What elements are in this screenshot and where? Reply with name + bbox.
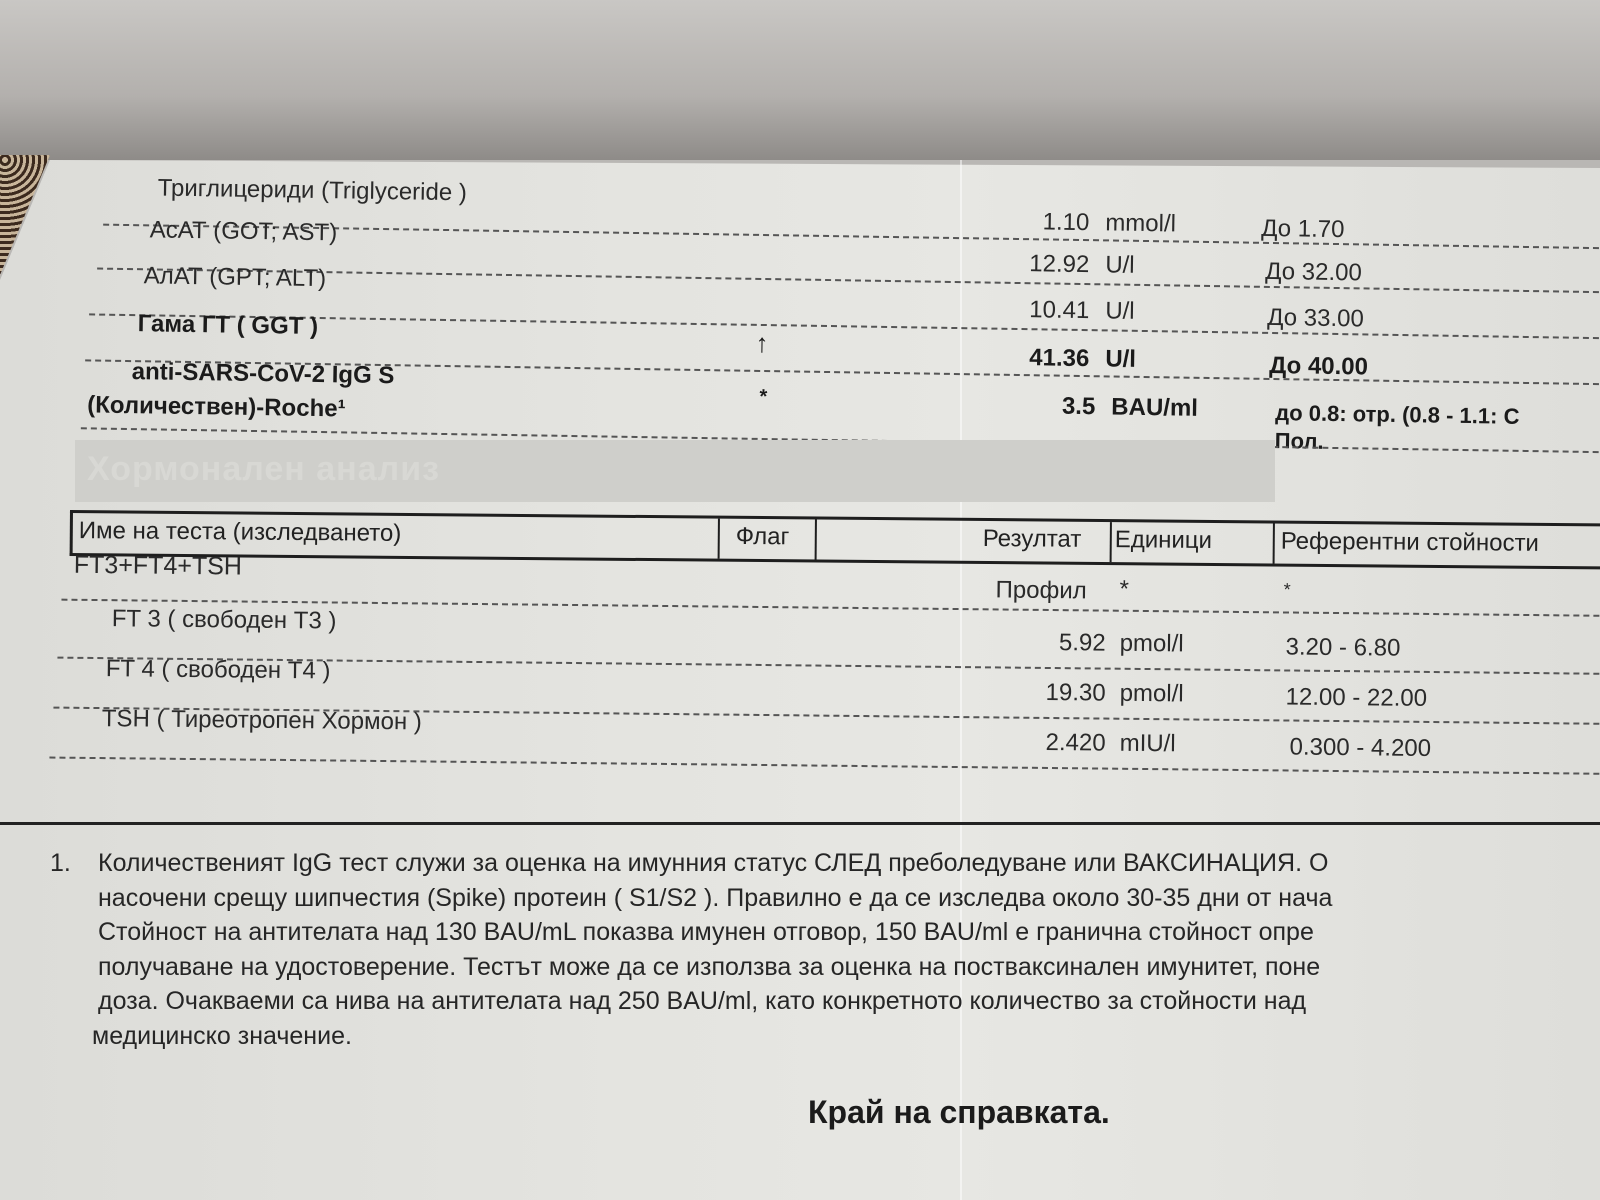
footnote-line: насочени срещу шипчестия (Spike) протеин… <box>98 881 1332 916</box>
test-reference: 3.20 - 6.80 <box>1285 633 1400 662</box>
test-name: АлАТ (GPT; ALT) <box>144 262 327 293</box>
footnote-separator <box>0 822 1600 825</box>
test-unit: pmol/l <box>1119 680 1183 709</box>
profile-reference: * <box>1284 579 1291 600</box>
test-reference: 12.00 - 22.00 <box>1285 683 1427 712</box>
column-divider <box>1110 522 1112 562</box>
test-unit: pmol/l <box>1119 630 1183 659</box>
column-header-reference: Референтни стойности <box>1281 528 1539 558</box>
profile-value: Профил <box>995 576 1086 605</box>
background-fold <box>0 0 1600 160</box>
asterisk-flag-icon: * <box>759 386 767 409</box>
footnote-line: Стойност на антителата над 130 BAU/mL по… <box>98 915 1332 950</box>
test-name-line2: (Количествен)-Roche¹ <box>87 391 346 423</box>
test-value: 5.92 <box>956 628 1106 658</box>
test-name: TSH ( Тиреотропен Хормон ) <box>102 705 422 736</box>
test-unit: mIU/l <box>1119 730 1175 759</box>
test-unit: U/l <box>1105 297 1135 325</box>
test-unit: U/l <box>1105 345 1136 373</box>
footnote-line: доза. Очакваеми са нива на антителата на… <box>98 984 1332 1019</box>
test-name: FT 3 ( свободен Т3 ) <box>112 605 337 635</box>
end-of-report: Край на справката. <box>808 1094 1110 1131</box>
test-name: АсАТ (GOT; AST) <box>150 216 338 247</box>
test-name: FT 4 ( свободен Т4 ) <box>106 655 331 685</box>
column-header-units: Единици <box>1115 526 1212 555</box>
footnote-line: Количественият IgG тест служи за оценка … <box>98 846 1332 881</box>
test-unit: BAU/ml <box>1111 393 1198 422</box>
test-reference: 0.300 - 4.200 <box>1289 734 1431 763</box>
profile-unit: * <box>1119 576 1129 604</box>
column-divider <box>1273 523 1275 563</box>
footnote-text: Количественият IgG тест служи за оценка … <box>98 846 1332 1053</box>
test-value: 2.420 <box>956 728 1106 758</box>
test-value: 19.30 <box>956 678 1106 708</box>
column-header-flag: Флаг <box>736 523 790 551</box>
footnote-line: получаване на удостоверение. Тестът може… <box>98 950 1332 985</box>
high-flag-arrow-icon: ↑ <box>755 328 768 359</box>
section-title: Хормонален анализ <box>87 450 440 489</box>
test-reference-line2: Пол. <box>1275 428 1324 455</box>
column-header-test-name: Име на теста (изследването) <box>79 517 402 548</box>
column-header-result: Резултат <box>983 525 1082 554</box>
section-heading-hormonal: Хормонален анализ <box>75 440 1275 502</box>
test-value: 3.5 <box>945 391 1095 421</box>
footnote-line: медицинско значение. <box>92 1019 1332 1054</box>
test-name: Триглицериди (Triglyceride ) <box>158 174 468 207</box>
test-name: anti-SARS-CoV-2 IgG S <box>132 358 395 390</box>
test-name: Гама ГТ ( GGT ) <box>138 310 319 341</box>
column-divider <box>815 520 817 560</box>
profile-name: FT3+FT4+TSH <box>74 551 242 582</box>
test-reference: до 0.8: отр. (0.8 - 1.1: С <box>1275 400 1520 430</box>
footnote-number: 1. <box>50 846 71 881</box>
column-divider <box>718 519 720 559</box>
